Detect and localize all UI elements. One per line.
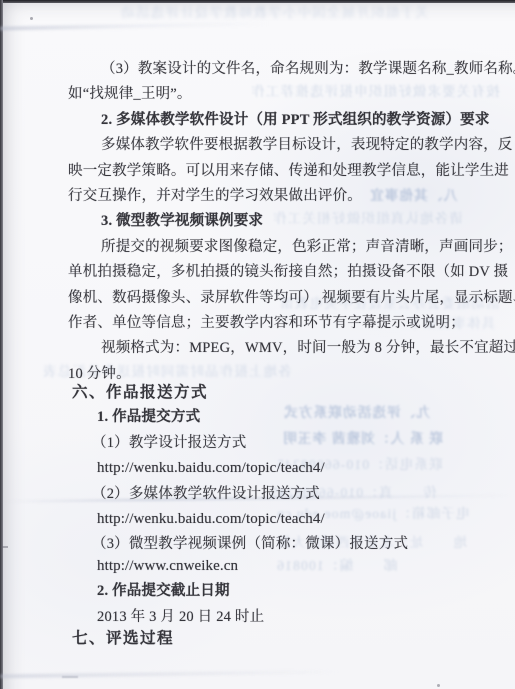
text-line: 视频格式为：MPEG，WMV，时间一般为 8 分钟，最长不宜超过 <box>101 336 515 361</box>
text-line: 如“找规律_王明”。 <box>68 82 515 107</box>
heading-line: 3. 微型教学视频课例要求 <box>101 209 515 234</box>
text-line: 映一定教学策略。可以用来存储、传递和处理教学信息，能让学生进 <box>68 159 515 184</box>
text-line: 行交互操作，并对学生的学习效果做出评价。 <box>68 184 515 209</box>
heading-line: 2. 作品提交截止日期 <box>97 579 515 604</box>
heading-line: 2. 多媒体教学软件设计（用 PPT 形式组织的教学资源）要求 <box>101 108 515 133</box>
section-heading-line: 六、作品报送方式 <box>72 380 515 405</box>
scan-edge-top <box>0 0 515 3</box>
section-heading-line: 七、评选过程 <box>72 626 515 651</box>
text-line: （1）教学设计报送方式 <box>92 431 515 456</box>
scan-speck <box>437 684 440 687</box>
text-line: 像机、数码摄像头、录屏软件等均可）,视频要有片头片尾，显示标题、 <box>68 286 515 311</box>
text-line: 所提交的视频要求图像稳定，色彩正常；声音清晰，声画同步； <box>101 235 515 260</box>
scan-speck <box>30 17 33 20</box>
scan-speck <box>62 676 78 678</box>
scanned-document-page: 关于组织开展全国中小学教师教学设计评选活动按有关要求做好组织申报评选推荐工作八、… <box>0 0 515 689</box>
url-line: http://wenku.baidu.com/topic/teach4/ <box>97 456 515 481</box>
document-body: （3）教案设计的文件名，命名规则为：教学课题名称_教师名称。如“找规律_王明”。… <box>0 57 515 651</box>
heading-line: 1. 作品提交方式 <box>97 405 515 430</box>
paper-crease <box>0 670 340 679</box>
text-line: （3）教案设计的文件名，命名规则为：教学课题名称_教师名称。 <box>101 57 515 82</box>
text-line: （2）多媒体教学软件设计报送方式 <box>92 482 515 507</box>
text-line: 多媒体教学软件要根据教学目标设计，表现特定的教学内容，反 <box>101 133 515 158</box>
paper-crease <box>0 21 270 30</box>
text-line: 作者、单位等信息；主要教学内容和环节有字幕提示或说明； <box>68 311 515 336</box>
bleedthrough-line: 关于组织开展全国中小学教师教学设计评选活动 <box>120 5 429 21</box>
url-line: http://wenku.baidu.com/topic/teach4/ <box>97 507 515 532</box>
text-line: 单机拍摄稳定，多机拍摄的镜头衔接自然；拍摄设备不限（如 DV 摄 <box>68 260 515 285</box>
